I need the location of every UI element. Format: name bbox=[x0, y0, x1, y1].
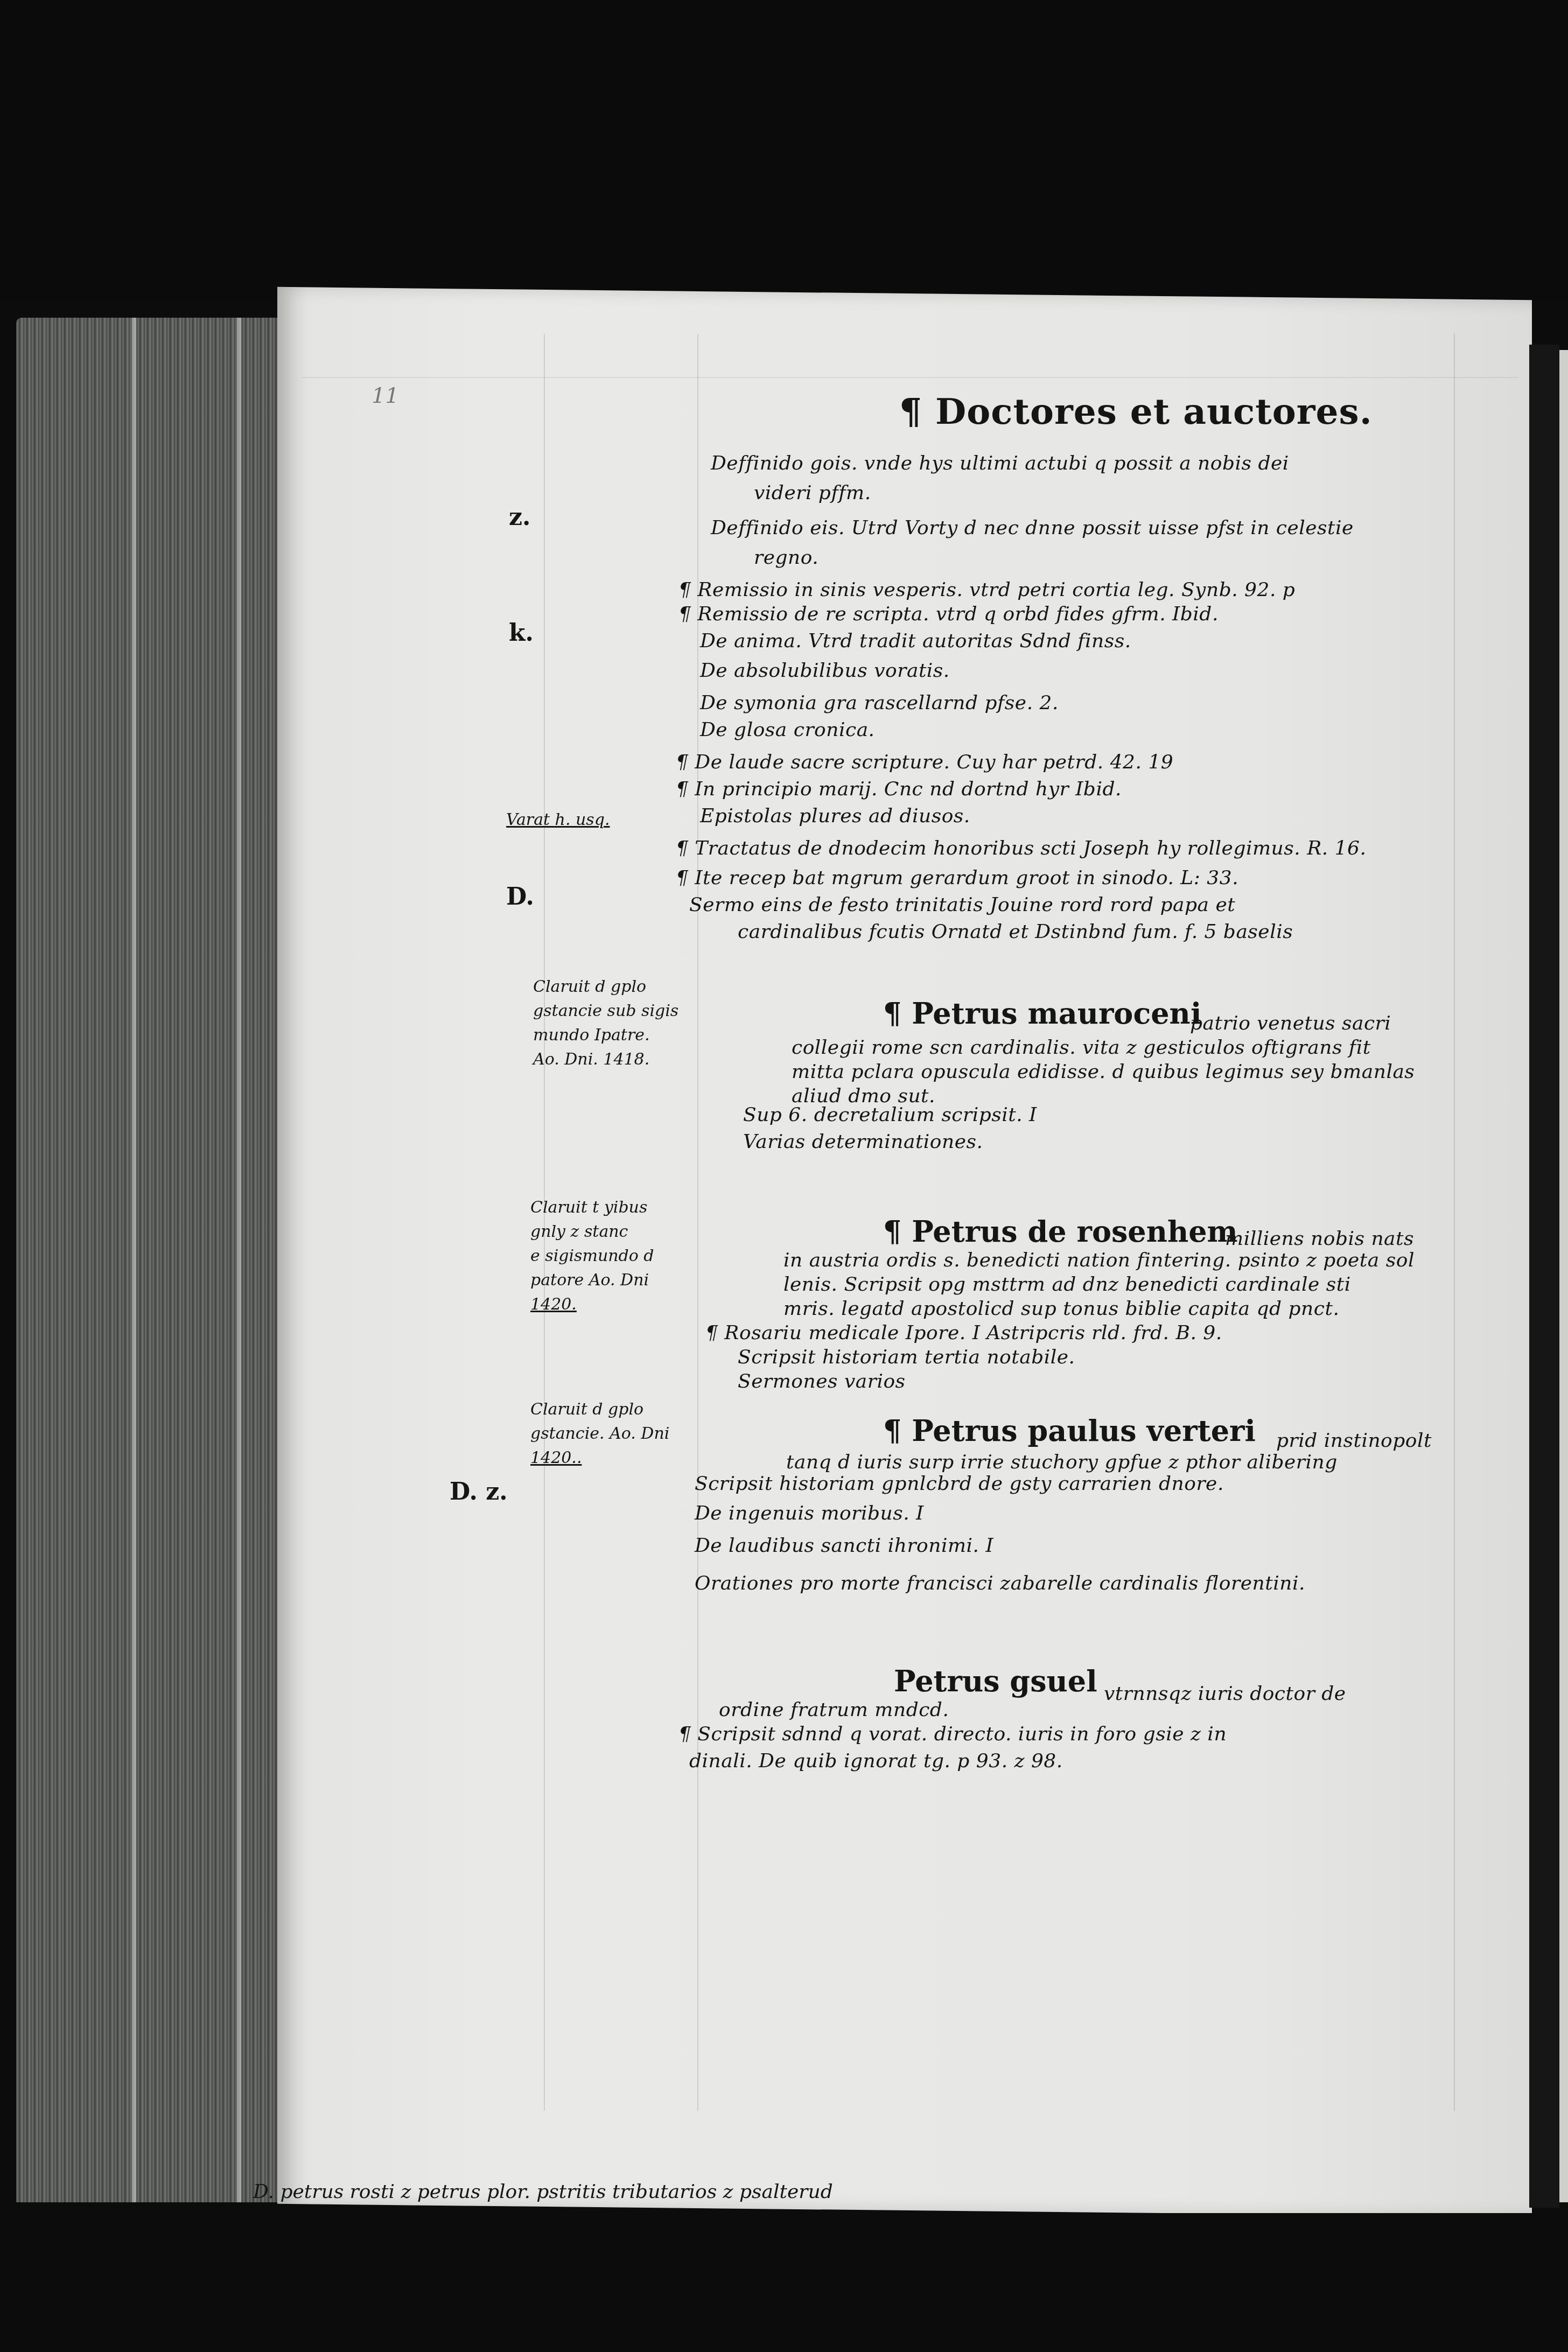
margin-note: Varat h. usq. bbox=[506, 810, 610, 829]
margin-mark: D. bbox=[506, 883, 534, 911]
text-line: Sermo eins de festo trinitatis Jouine ro… bbox=[689, 894, 1235, 916]
margin-note-line: gstancie sub sigis bbox=[533, 1002, 678, 1020]
text-line: De ingenuis moribus. I bbox=[695, 1502, 924, 1524]
book-page-edges bbox=[16, 318, 280, 2202]
text-line: Sermones varios bbox=[738, 1370, 906, 1392]
text-line: tanq d iuris surp irrie stuchory gpfue z… bbox=[786, 1451, 1338, 1473]
text-line: ¶ In principio marij. Cnc nd dortnd hyr … bbox=[676, 778, 1122, 800]
margin-note-line: 1420. bbox=[530, 1295, 577, 1314]
text-line: dinali. De quib ignorat tg. p 93. z 98. bbox=[689, 1750, 1063, 1772]
text-line: Orationes pro morte francisci zabarelle … bbox=[695, 1572, 1305, 1594]
text-line: ¶ Remissio in sinis vesperis. vtrd petri… bbox=[678, 579, 1295, 601]
text-line: mitta pclara opuscula edidisse. d quibus… bbox=[792, 1061, 1415, 1083]
author-name: ¶ Petrus mauroceni bbox=[883, 996, 1201, 1031]
footer-note: D. petrus rosti z petrus plor. pstritis … bbox=[253, 2181, 833, 2203]
margin-note-line: mundo Ipatre. bbox=[533, 1026, 650, 1045]
text-line: De absolubilibus voratis. bbox=[700, 660, 950, 682]
text-line: in austria ordis s. benedicti nation fin… bbox=[783, 1249, 1415, 1271]
margin-mark: z. bbox=[509, 503, 530, 531]
text-line: De glosa cronica. bbox=[700, 719, 875, 741]
author-name: ¶ Petrus paulus verteri bbox=[883, 1413, 1256, 1448]
text-line: Scripsit historiam tertia notabile. bbox=[738, 1346, 1075, 1368]
page-heading: ¶ Doctores et auctores. bbox=[899, 390, 1373, 432]
ruling-line bbox=[302, 377, 1518, 378]
text-line: ¶ Tractatus de dnodecim honoribus scti J… bbox=[676, 837, 1366, 859]
text-line: De anima. Vtrd tradit autoritas Sdnd fin… bbox=[700, 630, 1131, 652]
margin-note-line: Claruit d gplo bbox=[533, 977, 646, 996]
text-line: De symonia gra rascellarnd pfse. 2. bbox=[700, 692, 1059, 714]
photo-background-bottom bbox=[0, 2213, 1568, 2352]
margin-note-line: gnly z stanc bbox=[530, 1222, 628, 1241]
text-line: lenis. Scripsit opg msttrm ad dnz benedi… bbox=[783, 1273, 1351, 1296]
text-line: Deffinido gois. vnde hys ultimi actubi q… bbox=[711, 452, 1289, 474]
text-line: ¶ Remissio de re scripta. vtrd q orbd fi… bbox=[678, 603, 1219, 625]
text-line: collegii rome scn cardinalis. vita z ges… bbox=[792, 1037, 1371, 1059]
text-line: Deffinido eis. Utrd Vorty d nec dnne pos… bbox=[711, 517, 1354, 539]
text-line: Varias determinationes. bbox=[743, 1131, 983, 1153]
text-line: regno. bbox=[754, 547, 818, 569]
text-line: ¶ Rosariu medicale Ipore. I Astripcris r… bbox=[705, 1322, 1222, 1344]
page-edge-highlight bbox=[132, 318, 136, 2202]
facing-page-edge bbox=[1559, 350, 1568, 2202]
text-line: ¶ Scripsit sdnnd q vorat. directo. iuris… bbox=[678, 1723, 1227, 1745]
page-edge-highlight bbox=[237, 318, 241, 2202]
margin-note-line: Claruit d gplo bbox=[530, 1400, 643, 1419]
text-line: mris. legatd apostolicd sup tonus biblie… bbox=[783, 1298, 1339, 1320]
margin-mark: k. bbox=[509, 619, 534, 647]
text-line: ordine fratrum mndcd. bbox=[719, 1699, 949, 1721]
text-line: Scripsit historiam gpnlcbrd de gsty carr… bbox=[695, 1473, 1224, 1495]
text-line: Sup 6. decretalium scripsit. I bbox=[743, 1104, 1037, 1126]
text-line: patrio venetus sacri bbox=[1190, 1012, 1391, 1034]
text-line: ¶ Ite recep bat mgrum gerardum groot in … bbox=[676, 867, 1238, 889]
text-line: De laudibus sancti ihronimi. I bbox=[695, 1535, 993, 1557]
margin-note-line: Claruit t yibus bbox=[530, 1198, 647, 1217]
author-name: ¶ Petrus de rosenhem bbox=[883, 1214, 1238, 1249]
photo-background-top bbox=[0, 0, 1568, 302]
margin-mark: D. z. bbox=[450, 1478, 508, 1506]
text-line: milliens nobis nats bbox=[1225, 1228, 1414, 1250]
folio-number: 11 bbox=[372, 383, 399, 408]
text-line: vtrnnsqz iuris doctor de bbox=[1104, 1683, 1346, 1705]
author-name: Petrus gsuel bbox=[894, 1664, 1097, 1698]
margin-note-line: e sigismundo d bbox=[530, 1247, 654, 1265]
text-line: cardinalibus fcutis Ornatd et Dstinbnd f… bbox=[738, 921, 1293, 943]
margin-note-line: gstancie. Ao. Dni bbox=[530, 1424, 669, 1443]
margin-note-line: 1420.. bbox=[530, 1448, 582, 1467]
ruling-line bbox=[1454, 334, 1455, 2111]
book-gutter bbox=[1529, 345, 1559, 2208]
margin-note-line: patore Ao. Dni bbox=[530, 1271, 649, 1290]
text-line: ¶ De laude sacre scripture. Cuy har petr… bbox=[676, 751, 1173, 773]
text-line: Epistolas plures ad diusos. bbox=[700, 805, 970, 827]
text-line: videri pffm. bbox=[754, 482, 871, 504]
margin-note-line: Ao. Dni. 1418. bbox=[533, 1050, 649, 1069]
text-line: prid instinopolt bbox=[1276, 1430, 1432, 1452]
